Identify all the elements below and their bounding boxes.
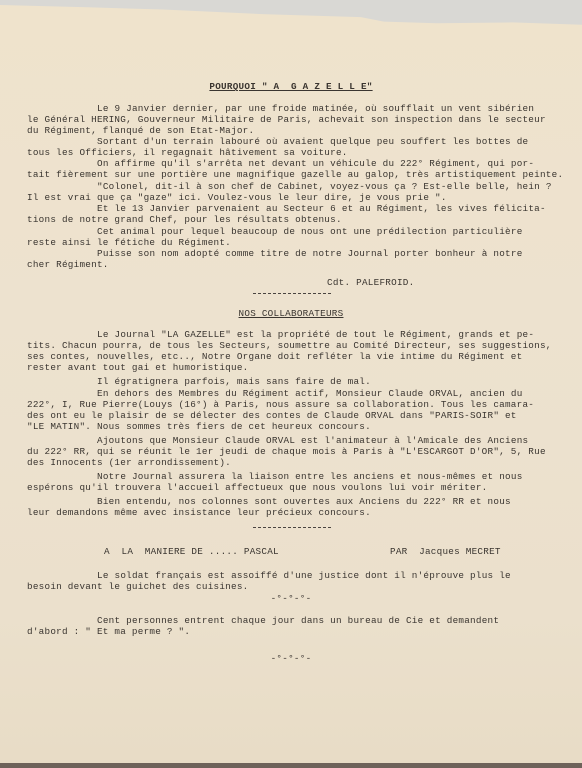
paragraph-line: leur demandons même avec insistance leur…: [27, 507, 371, 518]
paragraph-line: espérons qu'il trouvera l'accueil affect…: [27, 482, 488, 493]
divider: [253, 293, 331, 294]
section-title-nos-collaborateurs: NOS COLLABORATEURS: [0, 308, 582, 319]
paragraph-line: tions de notre grand Chef, pour les résu…: [27, 214, 342, 225]
paragraph-line: 222°, I, Rue Pierre(Louys (16°) à Paris,…: [27, 399, 534, 410]
document-page: POURQUOI " A G A Z E L L E" Le 9 Janvier…: [0, 5, 582, 763]
paragraph-line: Cent personnes entrent chaque jour dans …: [27, 615, 499, 626]
ornament-separator: -°-°-°-: [0, 593, 582, 604]
paragraph-line: tait fièrement sur une portière une magn…: [27, 169, 563, 180]
paragraph-line: du 222° RR, qui se réunit le 1er jeudi d…: [27, 446, 546, 457]
paragraph-line: des Innocents (1er arrondissement).: [27, 457, 231, 468]
paragraph-line: Notre Journal assurera la liaison entre …: [27, 471, 523, 482]
divider: [253, 527, 331, 528]
byline: PAR Jacques MECRET: [390, 546, 501, 557]
paragraph-line: "LE MATIN". Nous sommes très fiers de ce…: [27, 421, 371, 432]
paragraph-line: d'abord : " Et ma perme ? ".: [27, 626, 190, 637]
paragraph-line: Le 9 Janvier dernier, par une froide mat…: [27, 103, 534, 114]
paragraph-line: Bien entendu, nos colonnes sont ouvertes…: [27, 496, 511, 507]
paragraph-line: le Général HERING, Gouverneur Militaire …: [27, 114, 546, 125]
paragraph-line: besoin devant le guichet des cuisines.: [27, 581, 249, 592]
section-title-pourquoi-gazelle: POURQUOI " A G A Z E L L E": [0, 81, 582, 92]
paragraph-line: "Colonel, dit-il à son chef de Cabinet, …: [27, 181, 552, 192]
paragraph-line: En dehors des Membres du Régiment actif,…: [27, 388, 523, 399]
paragraph-line: Sortant d'un terrain labouré où avaient …: [27, 136, 528, 147]
page-bottom-edge: [0, 763, 582, 768]
ornament-separator: -°-°-°-: [0, 653, 582, 664]
paragraph-line: Ajoutons que Monsieur Claude ORVAL est l…: [27, 435, 528, 446]
paragraph-line: rester avant tout gai et humoristique.: [27, 362, 249, 373]
paragraph-line: Puisse son nom adopté comme titre de not…: [27, 248, 523, 259]
paragraph-line: Cet animal pour lequel beaucoup de nous …: [27, 226, 523, 237]
section-title-pascal: A LA MANIERE DE ..... PASCAL: [104, 546, 279, 557]
paragraph-line: Il égratignera parfois, mais sans faire …: [27, 376, 371, 387]
paragraph-line: tous les Officiers, il regagnait hâtivem…: [27, 147, 348, 158]
paragraph-line: Le Journal "LA GAZELLE" est la propriété…: [27, 329, 534, 340]
paragraph-line: Et le 13 Janvier parvenaient au Secteur …: [27, 203, 546, 214]
paragraph-line: tits. Chacun pourra, de tous les Secteur…: [27, 340, 552, 351]
paragraph-line: Le soldat français est assoiffé d'une ju…: [27, 570, 511, 581]
paragraph-line: Il est vrai que ça "gaze" ici. Voulez-vo…: [27, 192, 447, 203]
paragraph-line: des ont eu le plaisir de se délecter des…: [27, 410, 517, 421]
paragraph-line: cher Régiment.: [27, 259, 109, 270]
paragraph-line: du Régiment, flanqué de son Etat-Major.: [27, 125, 254, 136]
paragraph-line: reste ainsi le fétiche du Régiment.: [27, 237, 231, 248]
paragraph-line: ses contes, nouvelles, etc.., Notre Orga…: [27, 351, 522, 362]
paragraph-line: On affirme qu'il s'arrêta net devant un …: [27, 158, 534, 169]
signature: Cdt. PALEFROID.: [327, 277, 414, 288]
